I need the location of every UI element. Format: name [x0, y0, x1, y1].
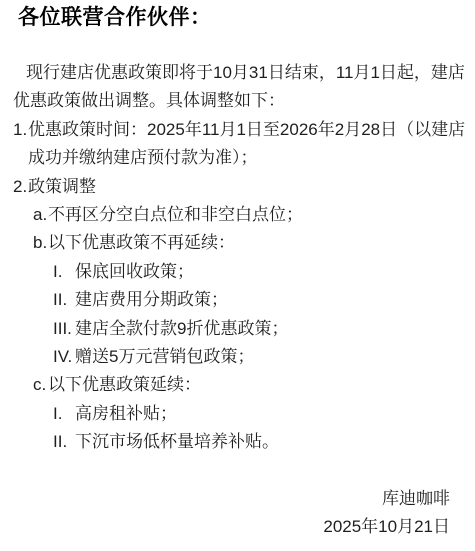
list-text: 政策调整 [28, 173, 467, 201]
list-marker: III. [53, 315, 75, 343]
list-item: a. 不再区分空白点位和非空白点位； [33, 201, 467, 229]
list-text: 赠送5万元营销包政策； [75, 343, 467, 371]
list-marker: c. [33, 371, 48, 399]
list-item: c. 以下优惠政策延续： [33, 371, 467, 399]
intro-paragraph: 现行建店优惠政策即将于10月31日结束，11月1日起，建店优惠政策做出调整。具体… [13, 59, 467, 116]
list-item: III. 建店全款付款9折优惠政策； [53, 315, 467, 343]
list-marker: 1. [13, 116, 28, 144]
list-text: 下沉市场低杯量培养补贴。 [75, 428, 467, 456]
signature-company: 库迪咖啡 [13, 485, 450, 513]
notice-title: 各位联营合作伙伴： [18, 5, 467, 31]
list-item: I. 高房租补贴； [53, 400, 467, 428]
list-marker: b. [33, 229, 48, 257]
notice-document: { "page": { "background_color": "#ffffff… [0, 0, 475, 551]
list-marker: a. [33, 201, 48, 229]
signature-date: 2025年10月21日 [13, 513, 450, 541]
signature-block: 库迪咖啡 2025年10月21日 [13, 485, 467, 542]
list-item: I. 保底回收政策； [53, 258, 467, 286]
list-marker: IV. [53, 343, 75, 371]
list-item: IV. 赠送5万元营销包政策； [53, 343, 467, 371]
list-marker: I. [53, 258, 75, 286]
list-text: 优惠政策时间：2025年11月1日至2026年2月28日（以建店成功并缴纳建店预… [28, 116, 467, 173]
list-marker: II. [53, 286, 75, 314]
list-item: II. 建店费用分期政策； [53, 286, 467, 314]
list-item: b. 以下优惠政策不再延续： [33, 229, 467, 257]
list-item: 2. 政策调整 [13, 173, 467, 201]
list-text: 建店费用分期政策； [75, 286, 467, 314]
list-item: 1. 优惠政策时间：2025年11月1日至2026年2月28日（以建店成功并缴纳… [13, 116, 467, 173]
list-marker: 2. [13, 173, 28, 201]
list-text: 以下优惠政策不再延续： [48, 229, 467, 257]
list-text: 高房租补贴； [75, 400, 467, 428]
list-text: 建店全款付款9折优惠政策； [75, 315, 467, 343]
list-text: 以下优惠政策延续： [48, 371, 467, 399]
list-text: 保底回收政策； [75, 258, 467, 286]
list-marker: I. [53, 400, 75, 428]
list-marker: II. [53, 428, 75, 456]
list-item: II. 下沉市场低杯量培养补贴。 [53, 428, 467, 456]
list-text: 不再区分空白点位和非空白点位； [48, 201, 467, 229]
